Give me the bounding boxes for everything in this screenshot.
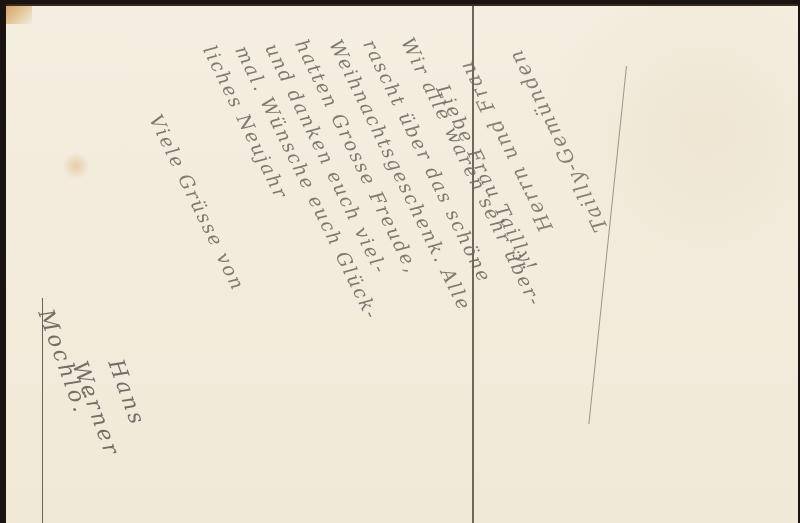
message-line: Viele Grüsse von [144, 111, 249, 295]
address-line: Tailly-Gemünden [503, 45, 613, 236]
worn-corner [6, 6, 32, 24]
address-pencil-line [588, 66, 627, 424]
postcard-back: Liebe Frau Tailly! Wir alle waren sehr ü… [6, 4, 798, 523]
